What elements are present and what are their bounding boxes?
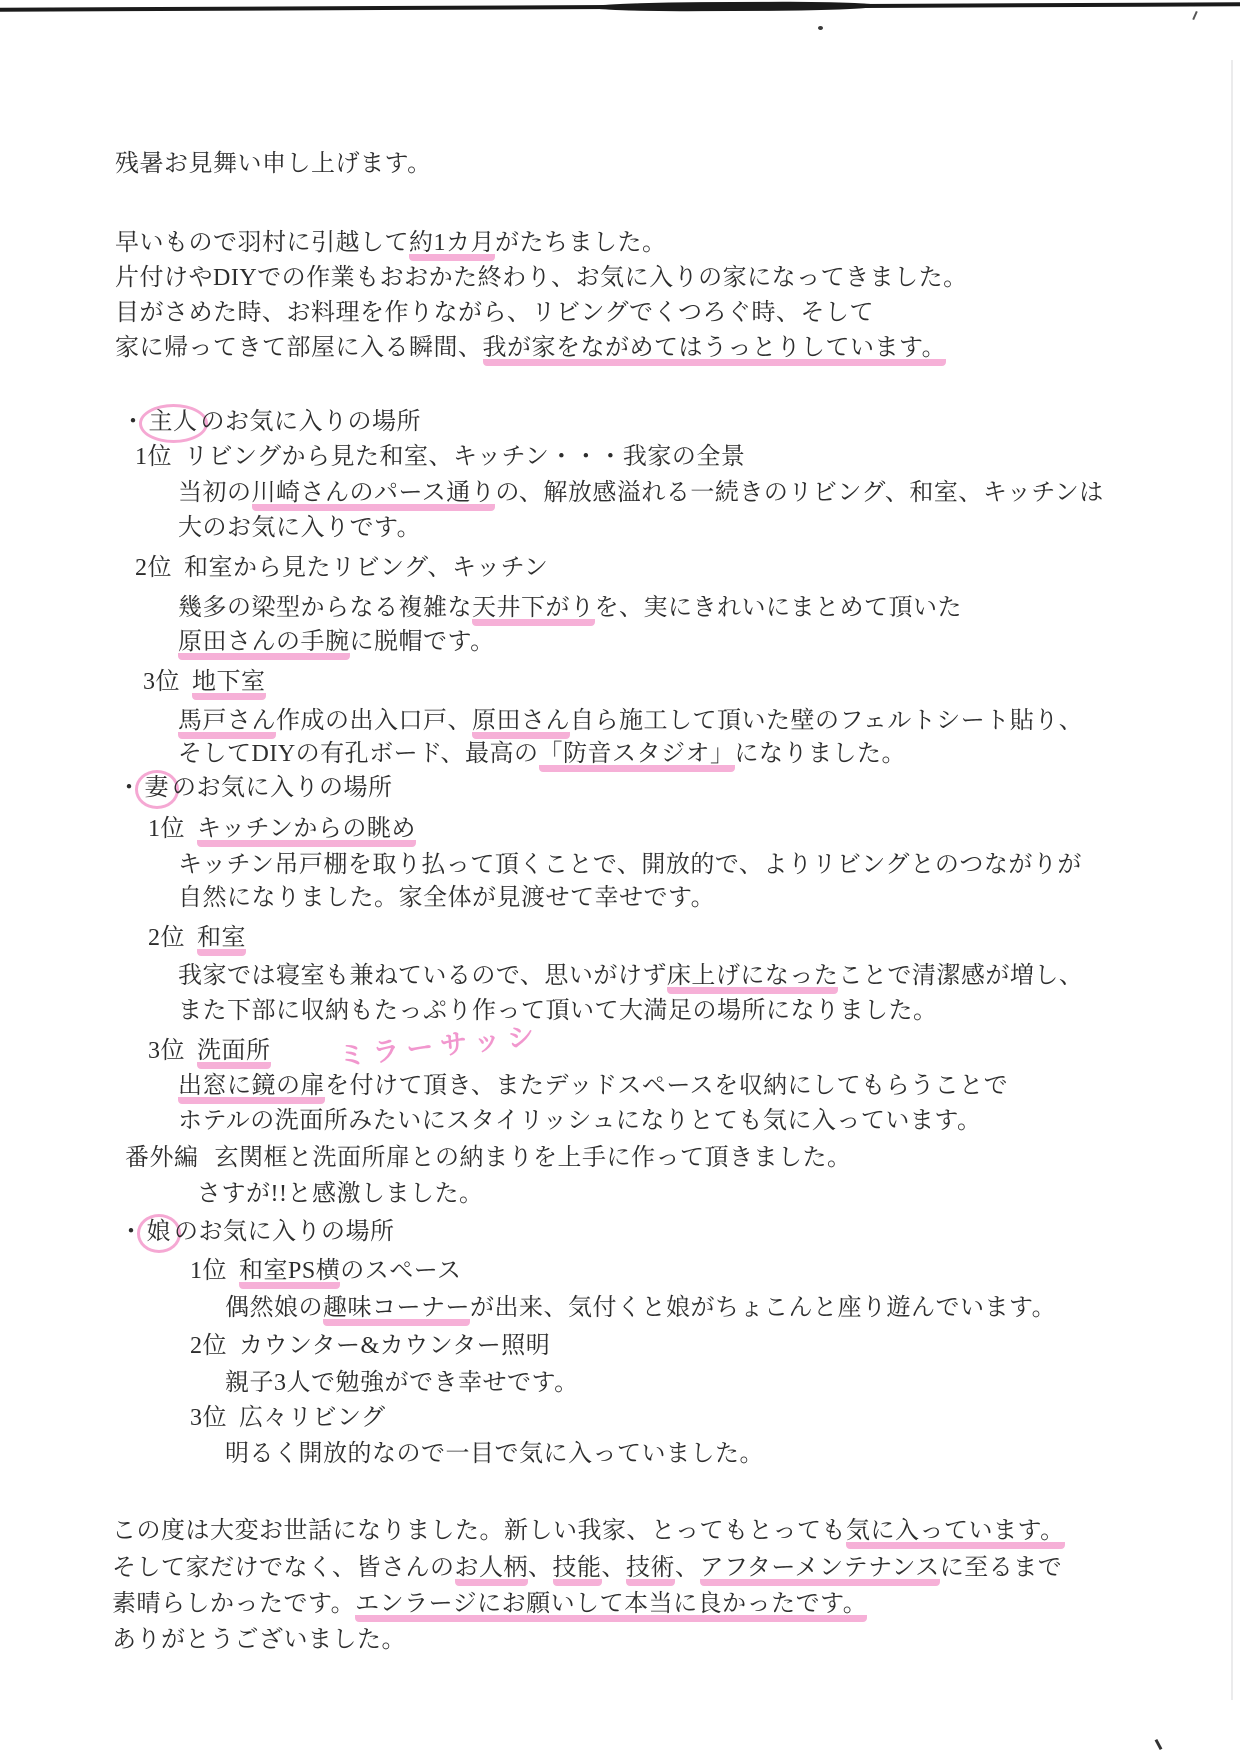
text-segment: 明るく開放的なので一目で気に入っていました。 xyxy=(225,1441,764,1467)
wife-rank2-body-2: また下部に収納もたっぷり作って頂いて大満足の場所になりました。 xyxy=(178,996,938,1027)
text-segment: 幾多の梁型からなる複雑な xyxy=(178,595,472,621)
text-segment: そして家だけでなく、皆さんの xyxy=(112,1555,455,1581)
closing-line-1: この度は大変お世話になりました。新しい我家、とってもとっても気に入っています。 xyxy=(112,1516,1065,1547)
husband-rank1-body-2: 大のお気に入りです。 xyxy=(178,513,421,544)
scanned-letter-page: 残暑お見舞い申し上げます。 早いもので羽村に引越して約1カ月がたちました。 片付… xyxy=(0,0,1240,1752)
text-segment: のお気に入りの場所 xyxy=(172,775,393,801)
text-segment: 素晴らしかったです。 xyxy=(112,1591,355,1617)
text-segment: この度は大変お世話になりました。新しい我家、とってもとっても xyxy=(112,1518,846,1544)
daughter-rank1-line: 1位和室PS横のスペース xyxy=(190,1256,462,1287)
highlighted-segment: アフターメンテナンス xyxy=(700,1555,940,1586)
rank-label: 2位 xyxy=(148,923,185,954)
text-segment: 偶然娘の xyxy=(225,1295,323,1321)
highlighted-segment: 馬戸さん xyxy=(178,708,276,739)
text-segment: 目がさめた時、お料理を作りながら、リビングでくつろぐ時、そして xyxy=(115,300,874,326)
text-segment: 残暑お見舞い申し上げます。 xyxy=(115,151,432,177)
extra-label: 番外編 xyxy=(125,1143,199,1174)
highlighted-segment: 我が家をながめてはうっとりしています。 xyxy=(483,335,947,366)
text-segment: 、 xyxy=(675,1555,700,1581)
wife-rank3-body-2: ホテルの洗面所みたいにスタイリッシュになりとても気に入っています。 xyxy=(178,1106,981,1137)
daughter-rank3-body-1: 明るく開放的なので一目で気に入っていました。 xyxy=(225,1439,764,1470)
highlighted-segment: 「防音スタジオ」 xyxy=(539,741,735,772)
greeting-line: 残暑お見舞い申し上げます。 xyxy=(115,149,432,180)
highlighted-segment: 床上げになった xyxy=(667,963,839,994)
text-segment: が出来、気付くと娘がちょこんと座り遊んでいます。 xyxy=(470,1295,1056,1321)
husband-rank1-body-1: 当初の川崎さんのパース通りの、解放感溢れる一続きのリビング、和室、キッチンは xyxy=(178,478,1104,509)
highlighted-segment: 天井下がり xyxy=(472,595,595,626)
scan-artifact-top-right-tick xyxy=(1192,11,1197,20)
text-segment: を付けて頂き、またデッドスペースを収納にしてもらうことで xyxy=(325,1073,1008,1099)
rank-title-highlighted: キッチンからの眺め xyxy=(197,816,416,847)
rank-label: 1位 xyxy=(190,1256,227,1287)
daughter-rank2-line: 2位カウンター&カウンター照明 xyxy=(190,1331,550,1362)
wife-extra-line: 番外編玄関框と洗面所扉との納まりを上手に作って頂きました。 xyxy=(125,1143,852,1174)
highlighted-segment: 原田さんの手腕 xyxy=(178,629,350,660)
rank-title: カウンター&カウンター照明 xyxy=(239,1333,550,1359)
rank-label: 1位 xyxy=(148,814,185,845)
husband-rank1-line: 1位リビングから見た和室、キッチン・・・我家の全景 xyxy=(135,442,745,473)
text-segment: のお気に入りの場所 xyxy=(201,409,422,435)
text-segment: キッチン吊戸棚を取り払って頂くことで、開放的で、よりリビングとのつながりが xyxy=(178,852,1082,878)
text-segment: に至るまで xyxy=(940,1555,1063,1581)
daughter-rank2-body-1: 親子3人で勉強ができ幸せです。 xyxy=(225,1368,579,1399)
highlighted-segment: 約1カ月 xyxy=(409,230,495,261)
text-segment: を、実にきれいにまとめて頂いた xyxy=(595,595,963,621)
wife-rank2-body-1: 我家では寝室も兼ねているので、思いがけず床上げになったことで清潔感が増し、 xyxy=(178,961,1083,992)
text-segment: 家に帰ってきて部屋に入る瞬間、 xyxy=(115,335,483,361)
rank-label: 2位 xyxy=(135,553,172,584)
text-segment: そしてDIYの有孔ボード、最高の xyxy=(178,741,539,767)
text-segment: 早いもので羽村に引越して xyxy=(115,230,409,256)
text-segment: また下部に収納もたっぷり作って頂いて大満足の場所になりました。 xyxy=(178,998,938,1024)
rank-title-highlighted: 和室 xyxy=(197,925,246,956)
daughter-rank1-body-1: 偶然娘の趣味コーナーが出来、気付くと娘がちょこんと座り遊んでいます。 xyxy=(225,1293,1056,1324)
husband-rank2-body-1: 幾多の梁型からなる複雑な天井下がりを、実にきれいにまとめて頂いた xyxy=(178,593,962,624)
text-segment: のお気に入りの場所 xyxy=(174,1219,395,1245)
wife-rank3-body-1: 出窓に鏡の扉を付けて頂き、またデッドスペースを収納にしてもらうことで xyxy=(178,1071,1008,1102)
rank-label: 3位 xyxy=(190,1403,227,1434)
intro-line-1: 早いもので羽村に引越して約1カ月がたちました。 xyxy=(115,228,667,259)
wife-rank1-body-1: キッチン吊戸棚を取り払って頂くことで、開放的で、よりリビングとのつながりが xyxy=(178,850,1082,881)
rank-title-highlighted: 地下室 xyxy=(192,669,266,700)
intro-line-3: 目がさめた時、お料理を作りながら、リビングでくつろぐ時、そして xyxy=(115,298,874,329)
circled-word: 主人 xyxy=(139,404,208,443)
highlighted-segment: 原田さん xyxy=(472,708,570,739)
highlighted-segment: 川崎さんのパース通り xyxy=(252,480,496,511)
text-segment: 、 xyxy=(602,1555,627,1581)
highlighted-segment: 技術 xyxy=(626,1555,675,1586)
text-segment: 自然になりました。家全体が見渡せて幸せです。 xyxy=(178,885,715,911)
rank-title: のスペース xyxy=(340,1258,461,1284)
husband-rank3-body-2: そしてDIYの有孔ボード、最高の「防音スタジオ」になりました。 xyxy=(178,739,906,770)
wife-rank2-line: 2位和室 xyxy=(148,923,246,954)
wife-extra-line-2: さすが!!と感激しました。 xyxy=(197,1179,483,1210)
rank-title: リビングから見た和室、キッチン・・・我家の全景 xyxy=(184,444,745,470)
text-segment: 親子3人で勉強ができ幸せです。 xyxy=(225,1370,579,1396)
text-segment: の、解放感溢れる一続きのリビング、和室、キッチンは xyxy=(495,480,1103,506)
text-segment: 玄関框と洗面所扉との納まりを上手に作って頂きました。 xyxy=(215,1145,852,1171)
text-segment: ことで清潔感が増し、 xyxy=(838,963,1083,989)
highlighted-segment: エンラージにお願いして本当に良かったです。 xyxy=(355,1591,867,1622)
text-segment: になりました。 xyxy=(735,741,907,767)
rank-title: 和室から見たリビング、キッチン xyxy=(184,555,548,581)
closing-line-2: そして家だけでなく、皆さんのお人柄、技能、技術、アフターメンテナンスに至るまで xyxy=(112,1553,1062,1584)
text-segment: 当初の xyxy=(178,480,252,506)
wife-rank1-body-2: 自然になりました。家全体が見渡せて幸せです。 xyxy=(178,883,715,914)
highlighted-segment: 気に入っています。 xyxy=(846,1518,1065,1549)
text-segment: さすが!!と感激しました。 xyxy=(197,1181,483,1207)
highlighted-segment: 出窓に鏡の扉 xyxy=(178,1073,325,1104)
highlighted-segment: 趣味コーナー xyxy=(323,1295,470,1326)
text-segment: に脱帽です。 xyxy=(350,629,495,655)
text-segment: 片付けやDIYでの作業もおおかた終わり、お気に入りの家になってきました。 xyxy=(115,265,968,291)
text-segment: 、 xyxy=(528,1555,553,1581)
closing-line-3: 素晴らしかったです。エンラージにお願いして本当に良かったです。 xyxy=(112,1589,867,1620)
rank-label: 3位 xyxy=(143,667,180,698)
section-heading-wife: ・妻のお気に入りの場所 xyxy=(117,773,393,804)
text-segment: 大のお気に入りです。 xyxy=(178,515,421,541)
text-segment: 作成の出入口戸、 xyxy=(276,708,472,734)
rank-title-highlighted: 洗面所 xyxy=(197,1038,271,1069)
intro-line-2: 片付けやDIYでの作業もおおかた終わり、お気に入りの家になってきました。 xyxy=(115,263,968,294)
wife-rank3-line: 3位洗面所 xyxy=(148,1036,271,1067)
husband-rank3-line: 3位地下室 xyxy=(143,667,266,698)
text-segment: ホテルの洗面所みたいにスタイリッシュになりとても気に入っています。 xyxy=(178,1108,981,1134)
highlighted-segment: お人柄 xyxy=(455,1555,529,1586)
text-segment: 自ら施工して頂いた壁のフェルトシート貼り、 xyxy=(570,708,1083,734)
rank-label: 1位 xyxy=(135,442,172,473)
intro-line-4: 家に帰ってきて部屋に入る瞬間、我が家をながめてはうっとりしています。 xyxy=(115,333,946,364)
husband-rank3-body-1: 馬戸さん作成の出入口戸、原田さん自ら施工して頂いた壁のフェルトシート貼り、 xyxy=(178,706,1083,737)
text-segment: がたちました。 xyxy=(495,230,667,256)
wife-rank1-line: 1位キッチンからの眺め xyxy=(148,814,416,845)
highlighted-segment: 技能 xyxy=(553,1555,602,1586)
scan-artifact-bottom-right-mark xyxy=(1155,1739,1163,1750)
scan-artifact-dot xyxy=(818,26,823,30)
scan-artifact-right-edge xyxy=(1231,60,1233,1700)
section-heading-husband: ・主人のお気に入りの場所 xyxy=(121,407,421,438)
rank-title: 広々リビング xyxy=(239,1405,386,1431)
rank-label: 2位 xyxy=(190,1331,227,1362)
daughter-rank3-line: 3位広々リビング xyxy=(190,1403,386,1434)
rank-title-highlighted: 和室PS横 xyxy=(239,1258,340,1289)
text-segment: 我家では寝室も兼ねているので、思いがけず xyxy=(178,963,667,989)
husband-rank2-body-2: 原田さんの手腕に脱帽です。 xyxy=(178,627,495,658)
text-segment: ありがとうございました。 xyxy=(112,1627,406,1653)
rank-label: 3位 xyxy=(148,1036,185,1067)
closing-line-4: ありがとうございました。 xyxy=(112,1625,406,1656)
scan-artifact-top-blob xyxy=(590,1,880,12)
husband-rank2-line: 2位和室から見たリビング、キッチン xyxy=(135,553,548,584)
section-heading-daughter: ・娘のお気に入りの場所 xyxy=(119,1217,395,1248)
